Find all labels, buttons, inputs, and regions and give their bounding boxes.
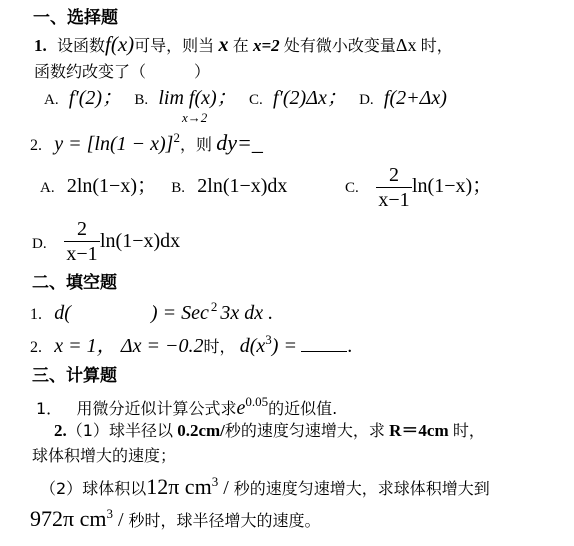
option-b: 2ln(1−x)dx [197,175,287,197]
calc-question-2-part-2: （2）球体积以12π cm3 / 秒的速度匀速增大，求球体积增大到 [40,477,490,499]
option-c-fraction: 2 x−1 [376,164,412,211]
option-b-label: B. [171,180,185,196]
calc-question-2-part-1-cont: 球体积增大的速度； [32,446,176,466]
section-heading-choice: 一、选择题 [33,8,118,28]
option-a-label: A. [40,180,55,196]
option-d-fraction: 2 x−1 [64,218,100,265]
calc-question-1: 1． 用微分近似计算公式求e0.05的近似值. [36,398,337,419]
option-d: f(2+Δx) [384,87,447,109]
option-b-label: B. [134,92,148,108]
option-a: f′(2)； [69,87,122,109]
question-1-stem: 1. 设函数f(x)可导，则当 x 在 x=2 处有微小改变量Δx 时， [34,34,453,56]
limit-subscript: x→2 [182,110,207,126]
question-2-options-row1: A. 2ln(1−x)； B. 2ln(1−x)dx [40,176,287,198]
option-c-label: C. [249,92,263,108]
option-d: ln(1−x)dx [100,231,180,251]
question-number: 2. [54,421,67,440]
option-a: 2ln(1−x)； [67,175,157,197]
option-c-label: C. [345,178,359,198]
question-1-options: A. f′(2)； B. lim f(x)； C. f′(2)Δx； D. f(… [44,88,447,110]
fill-question-1: 1. d() = Sec23x dx . [30,303,273,325]
option-d-label: D. [32,234,47,254]
question-number: 2. [30,339,42,356]
question-number: 1. [34,36,47,55]
calc-question-2-part-2-cont: 972π cm3 / 秒时，球半径增大的速度。 [30,509,321,531]
question-number: 1． [36,399,62,418]
section-heading-fill: 二、填空题 [32,273,117,293]
answer-blank[interactable] [301,335,347,352]
section-heading-calc: 三、计算题 [32,366,117,386]
option-d-label: D. [359,92,374,108]
option-a-label: A. [44,92,59,108]
question-number: 2. [30,137,42,154]
option-c: ln(1−x)； [412,176,492,196]
option-c: f′(2)Δx； [273,87,347,109]
question-1-continuation: 函数约改变了（ ） [34,62,210,82]
fill-question-2: 2. x = 1， Δx = −0.2时， d(x3) = . [30,335,352,358]
calc-question-2-part-1: 2.（1）球半径以 0.2cm/秒的速度匀速增大，求 R＝4cm 时， [54,421,485,441]
question-number: 1. [30,306,42,323]
option-b: lim f(x)； [158,87,236,109]
question-2-stem: 2. y = [ln(1 − x)]2，则 dy=_ [30,133,263,156]
